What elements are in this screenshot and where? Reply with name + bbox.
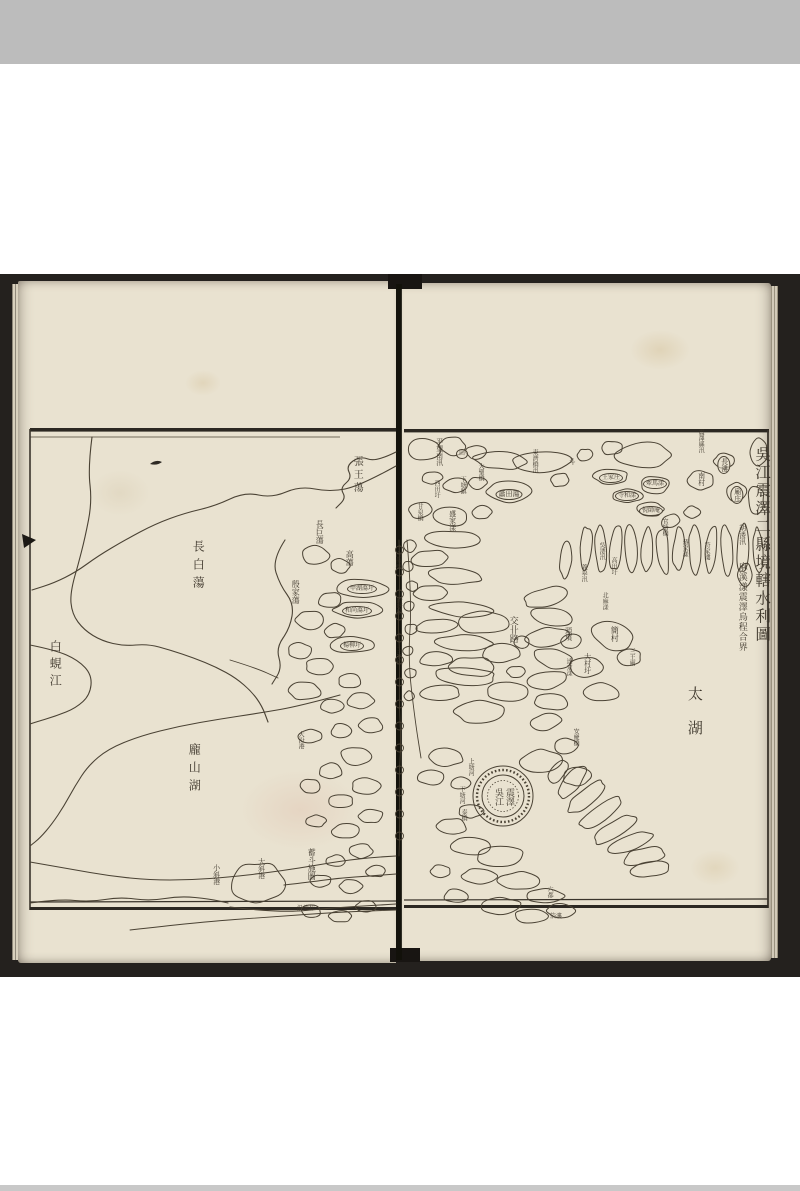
map-label-minor: 簡村: [610, 626, 618, 642]
map-label-minor: 六都: [546, 886, 552, 898]
map-label-minor: 官塘橋: [661, 518, 667, 536]
map-label-minor: 斗: [569, 459, 576, 466]
map-artwork: [0, 0, 800, 1191]
map-label-minor: 下塘河: [458, 786, 464, 804]
map-label-minor: 交卝路: [507, 616, 516, 643]
map-label-minor: 吳溇汛: [598, 542, 604, 560]
map-label-major: 吳江震澤二縣境轄水利圖: [754, 446, 770, 644]
map-label-minor: 大村圩: [583, 653, 590, 674]
map-label-minor: 南村: [697, 472, 704, 486]
map-label-minor: 頭墳: [564, 627, 571, 641]
map-label-minor: 甘泉橋: [416, 503, 422, 521]
map-label-minor: 沿塘圩: [297, 906, 315, 912]
map-label-minor: 東濟橋汛: [531, 449, 537, 473]
map-label-minor: 蓄斗施圖: [307, 848, 315, 880]
map-label-minor: 跨塘橋: [395, 597, 401, 615]
map-label-minor: 達京漾: [565, 658, 571, 676]
bottom-gray-band: [0, 1185, 800, 1191]
map-label-minor: 符家漊: [703, 542, 709, 560]
map-label-minor: 大汾港: [297, 731, 303, 749]
map-label-minor: 大斜港: [257, 858, 264, 879]
map-label-minor: 平望南汛: [435, 438, 442, 466]
map-label-minor: 三王廟: [628, 648, 634, 666]
map-label-minor: 上塘河: [467, 758, 473, 776]
town-seal-left-column: 震澤: [504, 788, 513, 806]
map-label-minor: 泰橋: [460, 809, 466, 821]
map-label-major: 張王蕩: [351, 456, 362, 495]
map-label-minor: 高蕩: [345, 550, 353, 566]
map-label-minor: 震澤縣汛: [697, 429, 703, 453]
map-label-minor: 長巨蕩: [315, 520, 323, 544]
map-label-minor: 胡溇汛: [738, 524, 745, 545]
map-label-minor: 盛家漾: [448, 510, 455, 531]
town-seal-right-column: 吳江: [493, 788, 502, 806]
map-label-major: 長白蕩: [192, 540, 205, 594]
walled-town-seal: 吳江 震澤: [493, 788, 513, 806]
map-label-minor: 白龍橋: [394, 551, 400, 569]
scanned-book-spread: 吳江震澤二縣境轄水利圖麻溪漾震澤烏程合界太湖白蜆江長白蕩張王蕩龐山湖長巨蕩高蕩殷…: [0, 0, 800, 1191]
map-label-minor: 義皋汛: [580, 564, 586, 582]
map-label-minor: 下塘鎮: [459, 476, 465, 494]
map-label-major: 白蜆江: [49, 640, 62, 691]
map-label-major: 龐山湖: [188, 743, 201, 797]
map-label-minor: 蔣家漾: [681, 539, 687, 557]
map-label-minor: 大聖橋: [477, 463, 483, 481]
map-label-minor: 小斜港: [212, 864, 219, 885]
map-label-minor: 北麻漾: [601, 592, 607, 610]
map-label-minor: 西田圩: [433, 480, 439, 498]
map-label-major: 太湖: [686, 686, 702, 754]
map-label-minor: 高田圩: [610, 557, 616, 575]
map-label-minor: 殷家蕩: [291, 580, 299, 604]
map-label-minor: 箔漊: [550, 914, 562, 920]
map-label-minor: 三官橋: [395, 647, 401, 665]
map-label-major: 麻溪漾震澤烏程合界: [736, 562, 745, 652]
map-label-minor: 安慶橋: [572, 728, 578, 746]
